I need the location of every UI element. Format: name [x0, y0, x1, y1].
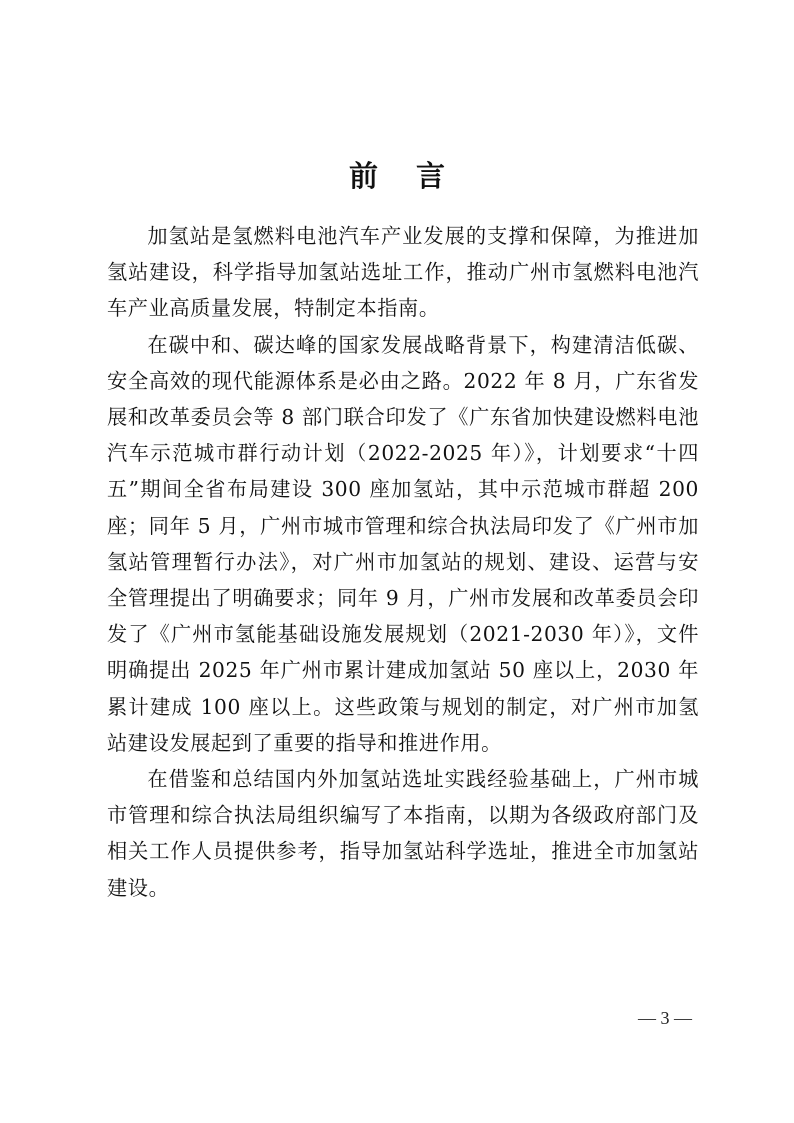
paragraph-intro: 加氢站是氢燃料电池汽车产业发展的支撑和保障，为推进加氢站建设，科学指导加氢站选址… [107, 218, 699, 327]
page-title: 前 言 [0, 155, 794, 197]
page-number: — 3 — [630, 1006, 700, 1030]
document-body: 加氢站是氢燃料电池汽车产业发展的支撑和保障，为推进加氢站建设，科学指导加氢站选址… [107, 218, 699, 906]
paragraph-policy-background: 在碳中和、碳达峰的国家发展战略背景下，构建清洁低碳、安全高效的现代能源体系是必由… [107, 327, 699, 761]
paragraph-purpose: 在借鉴和总结国内外加氢站选址实践经验基础上，广州市城市管理和综合执法局组织编写了… [107, 761, 699, 906]
